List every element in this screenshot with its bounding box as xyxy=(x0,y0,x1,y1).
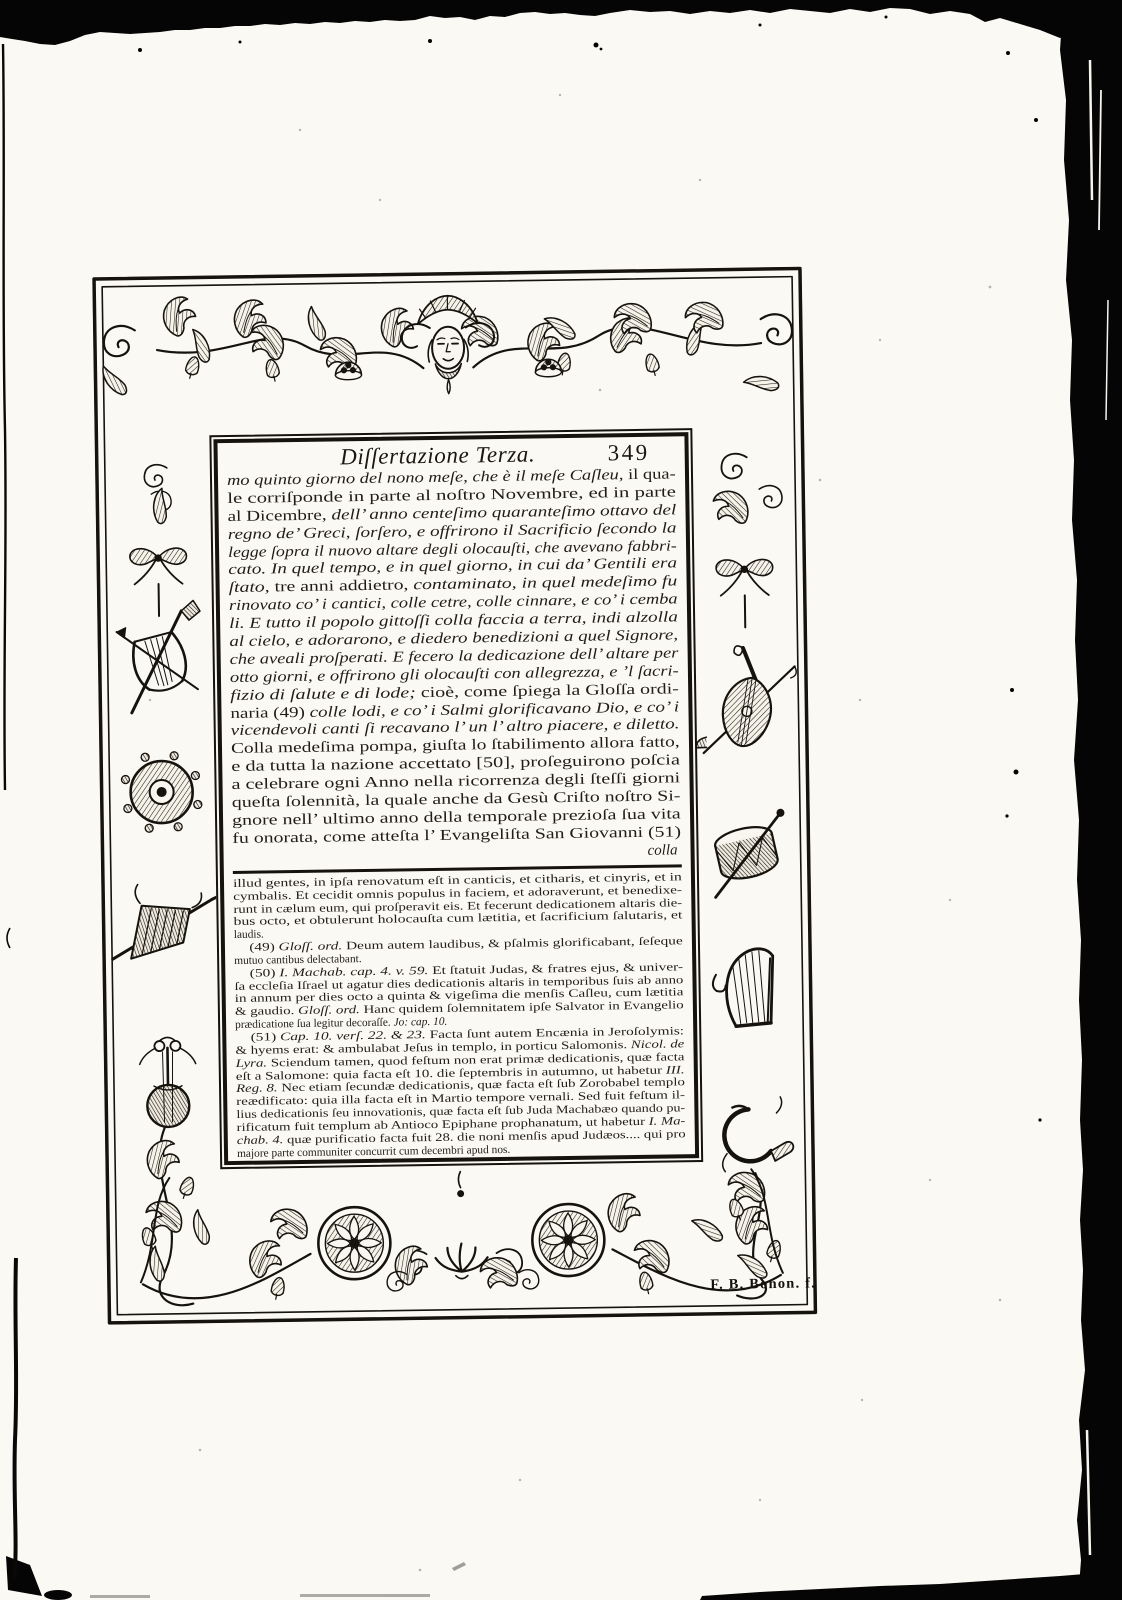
right-border-trophies xyxy=(691,453,808,1299)
text-panel-inner: Diſſertazione Terza. 349 mo quinto giorn… xyxy=(213,432,699,1165)
main-text: mo quinto giorno del nono meſe, che è il… xyxy=(227,466,682,848)
lute-and-bow-trophy xyxy=(695,642,798,766)
tambourine-trophy xyxy=(121,751,202,832)
lyre-and-trumpet-trophy xyxy=(108,599,221,712)
harp-trophy xyxy=(708,947,782,1031)
scan-edge-bottom xyxy=(6,1556,1122,1600)
footnotes: illud gentes, in ipſa renovatum eſt in c… xyxy=(233,871,686,1160)
mask-ornament xyxy=(401,295,495,394)
panpipes-trophy xyxy=(113,877,221,978)
scan-white-scratches xyxy=(1087,60,1108,1555)
engraver-signature: F. B. Bonon. f. xyxy=(710,1275,816,1294)
scan-edge-top xyxy=(0,0,1122,55)
text-panel: Diſſertazione Terza. 349 mo quinto giorn… xyxy=(209,428,703,1169)
top-border-engraving xyxy=(94,284,793,408)
scan-edge-left-marks xyxy=(3,44,16,1580)
hunting-horn-trophy xyxy=(722,1097,794,1172)
lyre-guitar-trophy xyxy=(139,1037,196,1127)
scan-edge-right xyxy=(1005,0,1122,1600)
scanned-book-page: { "header": { "title": "Diſſertazione Te… xyxy=(0,0,1122,1600)
scan-smudges xyxy=(90,1562,466,1598)
page-number: 349 xyxy=(607,440,649,467)
page-title: Diſſertazione Terza. xyxy=(340,441,536,470)
bottom-border-engraving xyxy=(139,1167,783,1303)
drum-trophy xyxy=(700,809,799,898)
engraved-border-frame: Diſſertazione Terza. 349 mo quinto giorn… xyxy=(92,266,817,1324)
